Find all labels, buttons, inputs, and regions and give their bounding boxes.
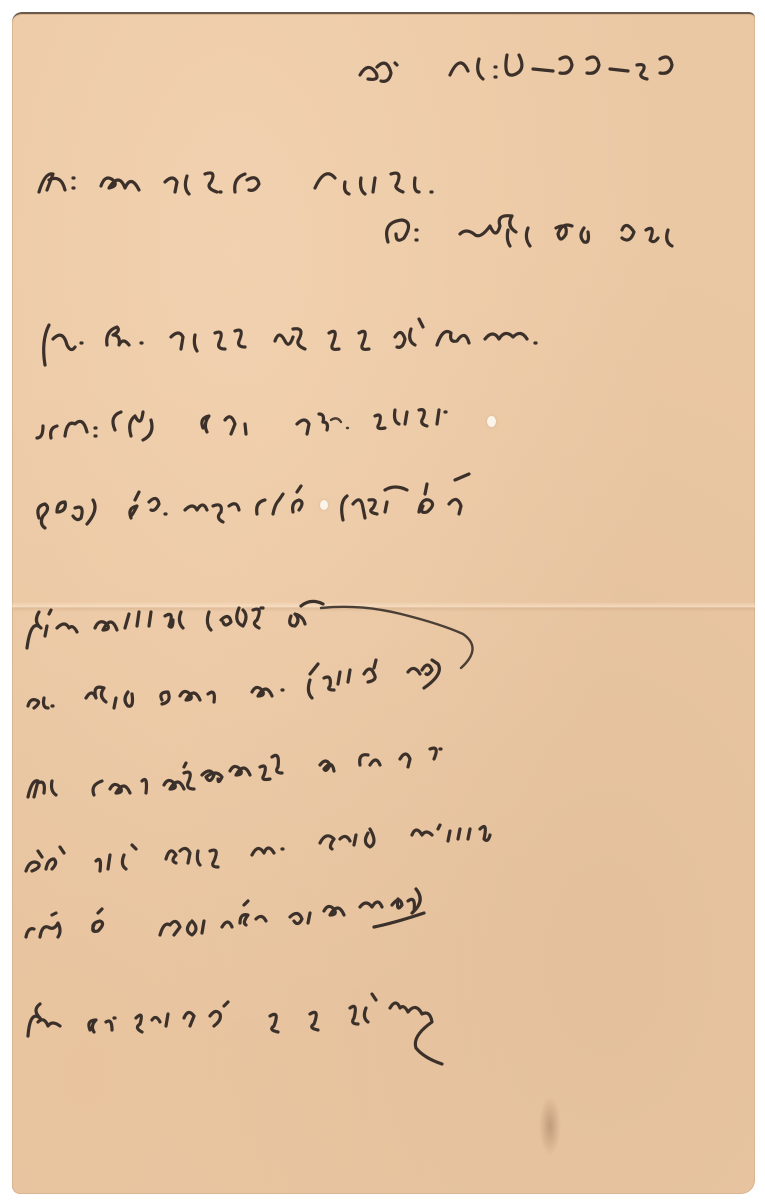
sender-line: લ: મહાદેવભાઈ દેસાઈ xyxy=(378,210,758,260)
letter-body-line: (ના. દિવ. વારકેસે ઠ ઠ દિવસ ભાગ. xyxy=(35,315,755,375)
handwriting-strokes xyxy=(35,158,455,208)
handwriting-strokes xyxy=(20,640,730,720)
letter-body-line: દિવ ઇદ દિનકુ ભુ ઠ ઠ દિવ સ xyxy=(20,960,740,1060)
letter-body-line: કાર ૮ ભારે ભાઇ ઠળ ભાગ્ય વ વર વ ઠ. xyxy=(20,735,740,815)
letter-body-line: ગાદે. દશદ ૮ ભાઠ ના. તિઠકસે દશ xyxy=(20,640,730,720)
handwriting-strokes xyxy=(20,805,740,885)
handwriting-strokes xyxy=(35,315,755,375)
salutation-line: સ્ને: ભાઈ નાથાલાલ વારાવાળા, xyxy=(35,158,455,208)
handwriting-strokes xyxy=(35,480,755,550)
handwriting-strokes xyxy=(20,735,740,815)
handwriting-strokes xyxy=(20,875,740,955)
letter-body-line: દર્શ તાવિ દેવાર ના. દશદ ભગ્ગાડ xyxy=(20,805,740,885)
date-line: તા. ૧૧:૮-૨૨-૪૨ xyxy=(355,45,745,95)
handwriting-strokes xyxy=(378,210,758,260)
letter-body-line: નાંભકું છે ગાયેલ વદેવ દશા ભાગ્ય xyxy=(20,875,740,955)
handwriting-strokes xyxy=(35,400,755,460)
handwriting-strokes xyxy=(355,45,745,95)
letter-body-line: ૧૯૨૦) ઠર. ૪૩૯ દિવ (નિઠ દે વે xyxy=(35,480,755,550)
letter-body-line: ગામ: ૨ ગરે ૬ ઠઠ નં. ઠાકોરે. xyxy=(35,400,755,460)
handwriting-strokes xyxy=(20,960,740,1060)
ink-stain xyxy=(539,1096,561,1156)
